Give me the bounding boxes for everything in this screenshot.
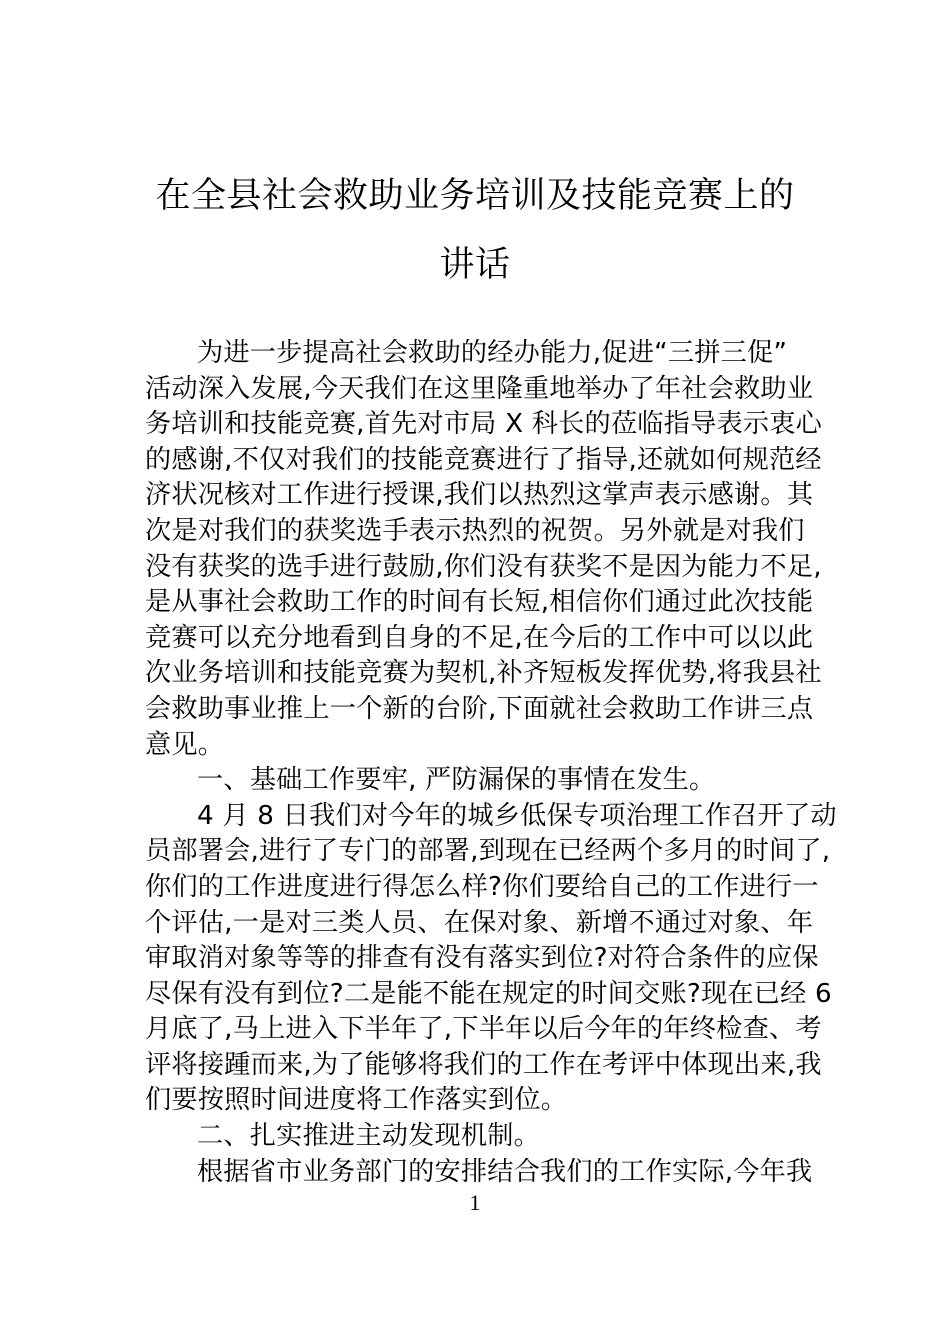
- body-text-line: 4 月 8 日我们对今年的城乡低保专项治理工作召开了动: [145, 799, 815, 835]
- body-text-line: 的感谢,不仅对我们的技能竞赛进行了指导,还就如何规范经: [145, 443, 815, 479]
- body-text-line: 次业务培训和技能竞赛为契机,补齐短板发挥优势,将我县社: [145, 656, 815, 692]
- body-text-line: 没有获奖的选手进行鼓励,你们没有获奖不是因为能力不足,: [145, 550, 815, 586]
- page-number: 1: [0, 1190, 950, 1216]
- body-text-line: 根据省市业务部门的安排结合我们的工作实际,今年我: [145, 1155, 815, 1191]
- body-text-line: 活动深入发展,今天我们在这里隆重地举办了年社会救助业: [145, 372, 815, 408]
- body-text-line: 员部署会,进行了专门的部署,到现在已经两个多月的时间了,: [145, 834, 815, 870]
- body-text-line: 会救助事业推上一个新的台阶,下面就社会救助工作讲三点: [145, 692, 815, 728]
- body-text-line: 意见。: [145, 728, 815, 764]
- body-text-line: 评将接踵而来,为了能够将我们的工作在考评中体现出来,我: [145, 1048, 815, 1084]
- body-text-line: 一、基础工作要牢, 严防漏保的事情在发生。: [145, 763, 815, 799]
- body-text-line: 审取消对象等等的排查有没有落实到位?对符合条件的应保: [145, 941, 815, 977]
- document-page: 在全县社会救助业务培训及技能竞赛上的 讲话 为进一步提高社会救助的经办能力,促进…: [0, 0, 950, 1344]
- body-text-line: 二、扎实推进主动发现机制。: [145, 1119, 815, 1155]
- document-title-line-2: 讲话: [0, 243, 950, 287]
- document-title-line-1: 在全县社会救助业务培训及技能竞赛上的: [0, 174, 950, 218]
- body-text-line: 为进一步提高社会救助的经办能力,促进“三拼三促”: [145, 336, 815, 372]
- body-text-line: 你们的工作进度进行得怎么样?你们要给自己的工作进行一: [145, 870, 815, 906]
- body-text-line: 次是对我们的获奖选手表示热烈的祝贺。另外就是对我们: [145, 514, 815, 550]
- body-text-line: 是从事社会救助工作的时间有长短,相信你们通过此次技能: [145, 585, 815, 621]
- document-body: 为进一步提高社会救助的经办能力,促进“三拼三促”活动深入发展,今天我们在这里隆重…: [145, 336, 815, 1190]
- body-text-line: 个评估,一是对三类人员、在保对象、新增不通过对象、年: [145, 906, 815, 942]
- body-text-line: 务培训和技能竞赛,首先对市局 X 科长的莅临指导表示衷心: [145, 407, 815, 443]
- body-text-line: 竞赛可以充分地看到自身的不足,在今后的工作中可以以此: [145, 621, 815, 657]
- body-text-line: 济状况核对工作进行授课,我们以热烈这掌声表示感谢。其: [145, 478, 815, 514]
- body-text-line: 尽保有没有到位?二是能不能在规定的时间交账?现在已经 6: [145, 977, 815, 1013]
- body-text-line: 们要按照时间进度将工作落实到位。: [145, 1083, 815, 1119]
- body-text-line: 月底了,马上进入下半年了,下半年以后今年的年终检查、考: [145, 1012, 815, 1048]
